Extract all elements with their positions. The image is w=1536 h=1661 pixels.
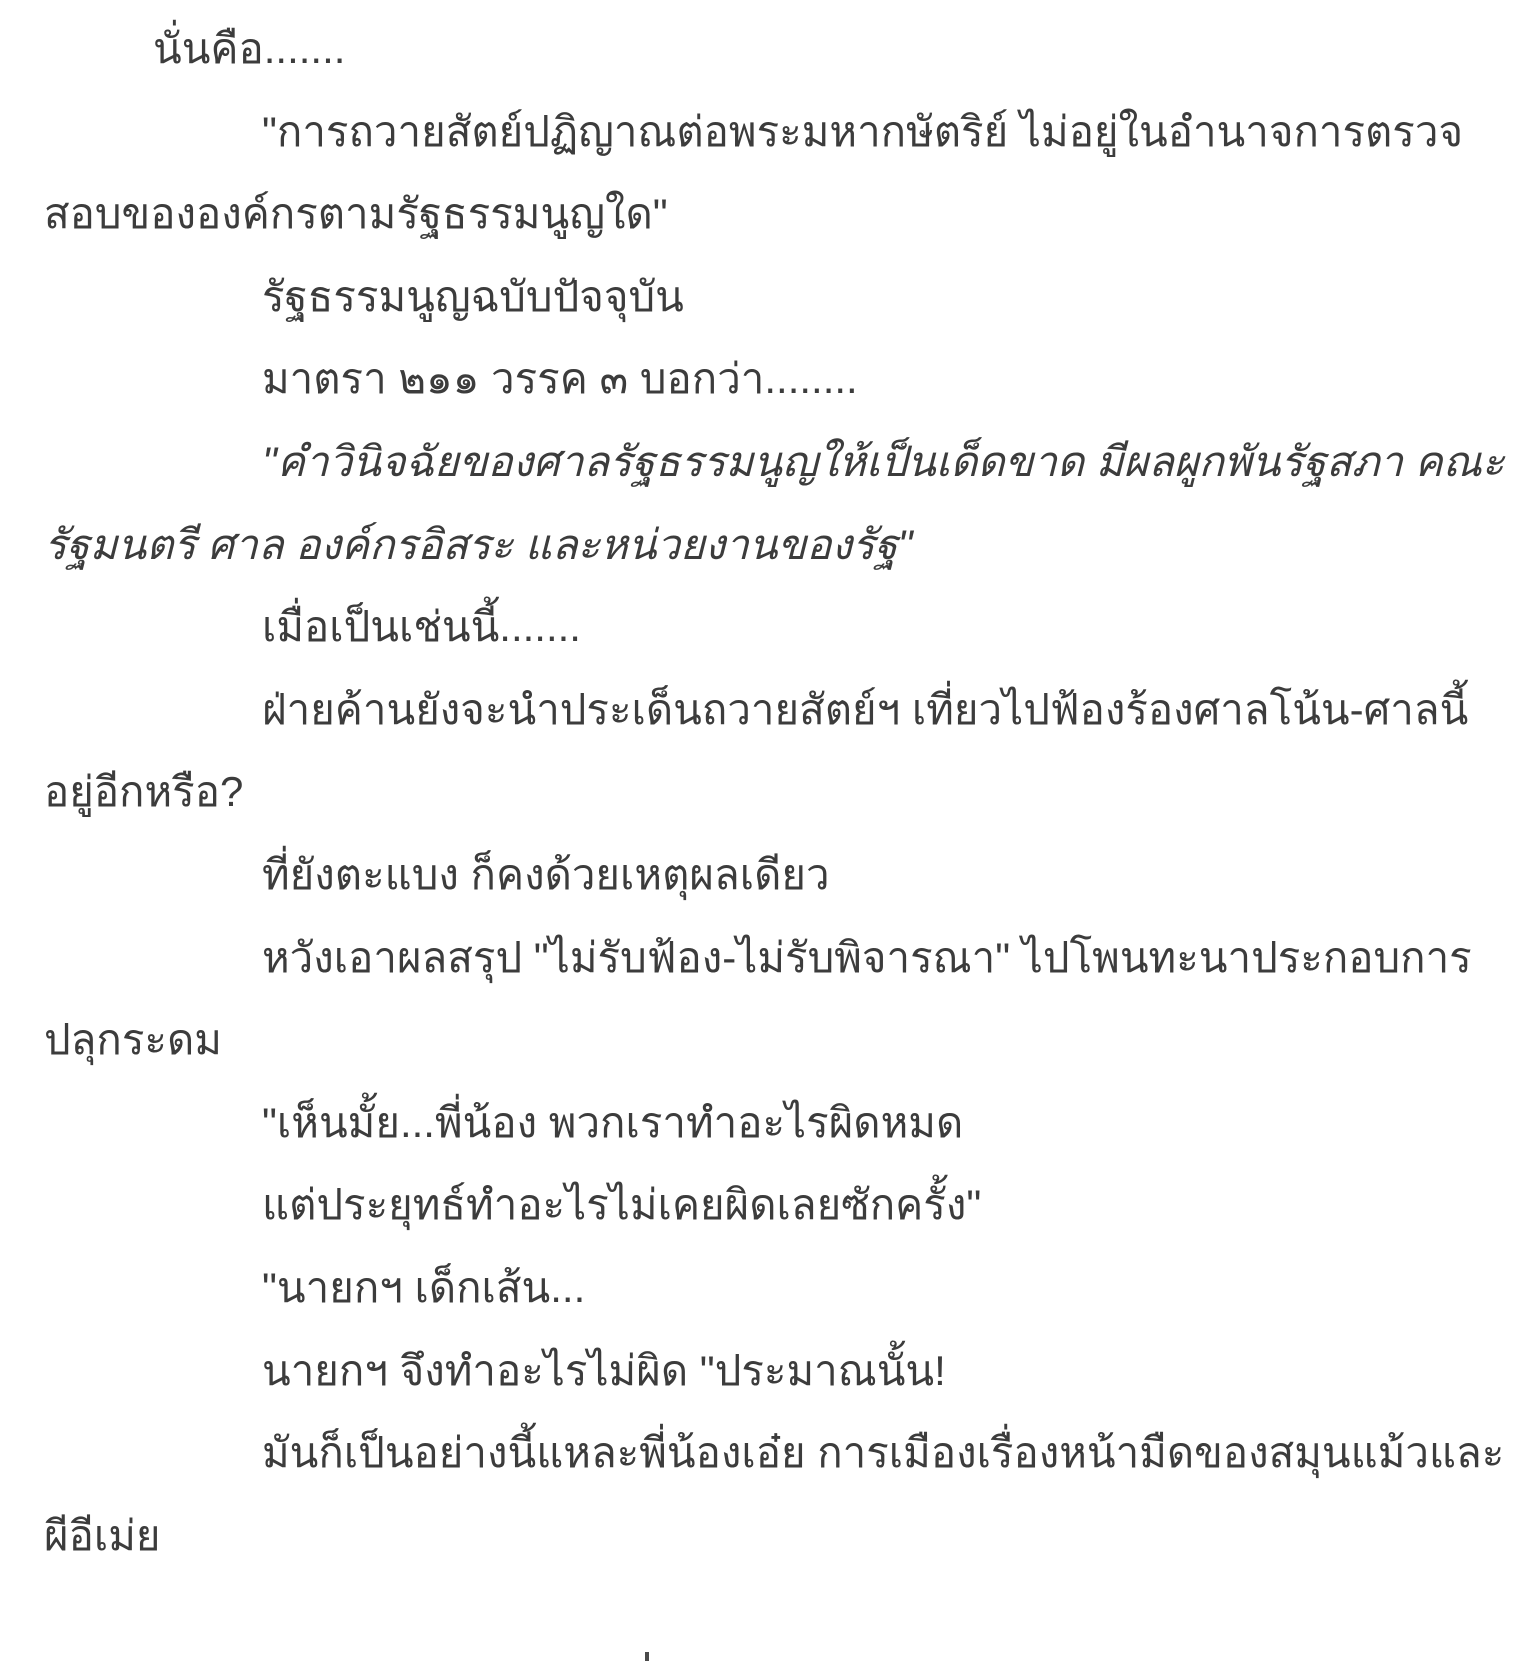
text-line: ฝ่ายค้านยังจะนำประเด็นถวายสัตย์ฯ เที่ยวไ… [0,669,1536,752]
text-line: หวังเอาผลสรุป "ไม่รับฟ้อง-ไม่รับพิจารณา"… [0,917,1536,1000]
text-line: สอบขององค์กรตามรัฐธรรมนูญใด" [0,173,1536,256]
text-line: อยู่อีกหรือ? [0,751,1536,834]
text-line: "เห็นมั้ย...พี่น้อง พวกเราทำอะไรผิดหมด [0,1082,1536,1165]
text-line: มันก็เป็นอย่างนี้แหละพี่น้องเอ๋ย การเมือ… [0,1412,1536,1495]
cutoff-next-line-mark [645,1652,649,1661]
article-body: นั่นคือ......."การถวายสัตย์ปฏิญาณต่อพระม… [0,8,1536,1577]
text-line: "คำวินิจฉัยของศาลรัฐธรรมนูญให้เป็นเด็ดขา… [0,421,1536,504]
text-line: "นายกฯ เด็กเส้น... [0,1247,1536,1330]
text-line: ปลุกระดม [0,999,1536,1082]
text-line: นั่นคือ....... [0,8,1536,91]
text-line: ที่ยังตะแบง ก็คงด้วยเหตุผลเดียว [0,834,1536,917]
text-line: เมื่อเป็นเช่นนี้....... [0,586,1536,669]
text-line: มาตรา ๒๑๑ วรรค ๓ บอกว่า........ [0,338,1536,421]
text-line: ผีอีเม่ย [0,1495,1536,1578]
text-line: นายกฯ จึงทำอะไรไม่ผิด "ประมาณนั้น! [0,1330,1536,1413]
text-line: "การถวายสัตย์ปฏิญาณต่อพระมหากษัตริย์ ไม่… [0,91,1536,174]
text-line: รัฐมนตรี ศาล องค์กรอิสระ และหน่วยงานของร… [0,504,1536,587]
text-line: รัฐธรรมนูญฉบับปัจจุบัน [0,256,1536,339]
text-line: แต่ประยุทธ์ทำอะไรไม่เคยผิดเลยซักครั้ง" [0,1164,1536,1247]
